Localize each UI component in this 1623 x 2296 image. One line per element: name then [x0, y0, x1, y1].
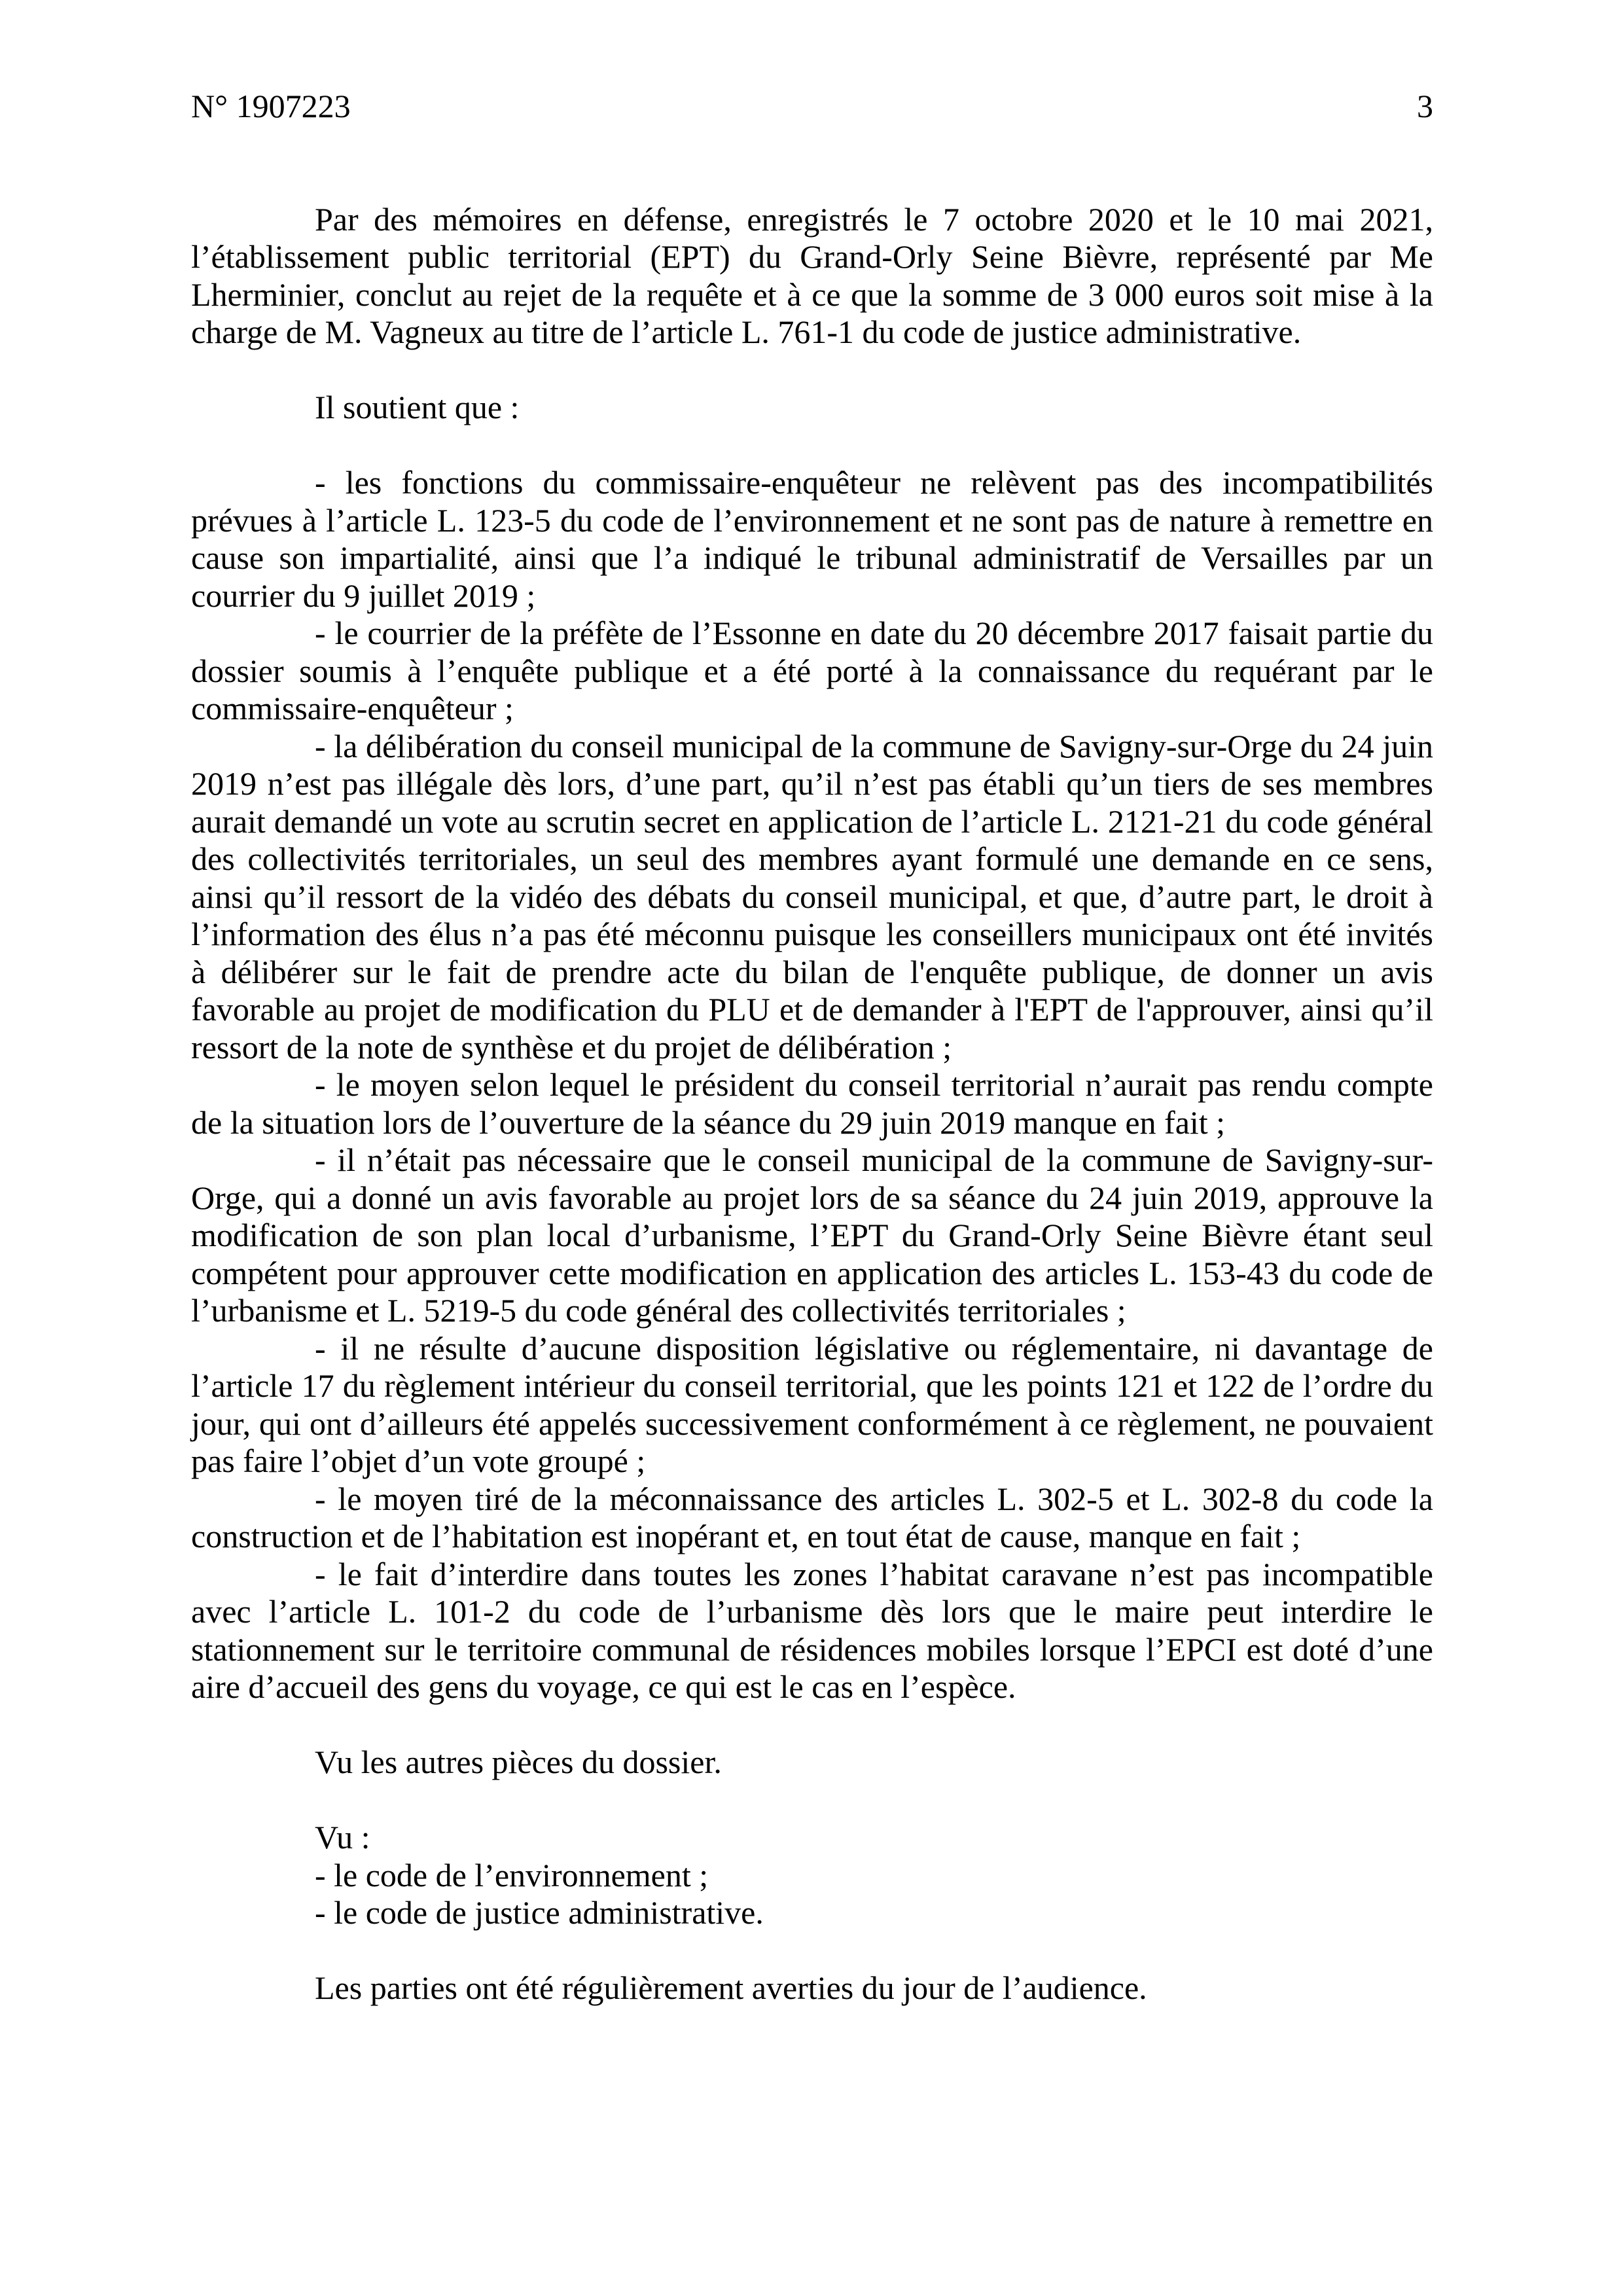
document-content: N° 1907223 3 Par des mémoires en défense… — [191, 88, 1433, 2007]
paragraph-vu-pieces: Vu les autres pièces du dossier. — [191, 1744, 1433, 1782]
page-number: 3 — [1417, 88, 1433, 126]
moyen-item: - le moyen tiré de la méconnaissance des… — [191, 1480, 1433, 1556]
vu-item: - le code de justice administrative. — [191, 1894, 1433, 1932]
paragraph-defense-memoires: Par des mémoires en défense, enregistrés… — [191, 201, 1433, 351]
case-number: N° 1907223 — [191, 88, 351, 126]
paragraph-vu-label: Vu : — [191, 1819, 1433, 1857]
moyen-item: - il ne résulte d’aucune disposition lég… — [191, 1330, 1433, 1480]
vu-item: - le code de l’environnement ; — [191, 1857, 1433, 1895]
moyen-item: - les fonctions du commissaire-enquêteur… — [191, 464, 1433, 615]
paragraph-audience-notice: Les parties ont été régulièrement averti… — [191, 1969, 1433, 2007]
moyen-item: - il n’était pas nécessaire que le conse… — [191, 1141, 1433, 1330]
moyen-item: - la délibération du conseil municipal d… — [191, 728, 1433, 1067]
moyen-item: - le courrier de la préfète de l’Essonne… — [191, 615, 1433, 728]
paragraph-soutient-intro: Il soutient que : — [191, 389, 1433, 427]
moyen-item: - le fait d’interdire dans toutes les zo… — [191, 1556, 1433, 1706]
moyen-item: - le moyen selon lequel le président du … — [191, 1066, 1433, 1141]
page-header: N° 1907223 3 — [191, 88, 1433, 126]
document-page: N° 1907223 3 Par des mémoires en défense… — [0, 0, 1623, 2296]
